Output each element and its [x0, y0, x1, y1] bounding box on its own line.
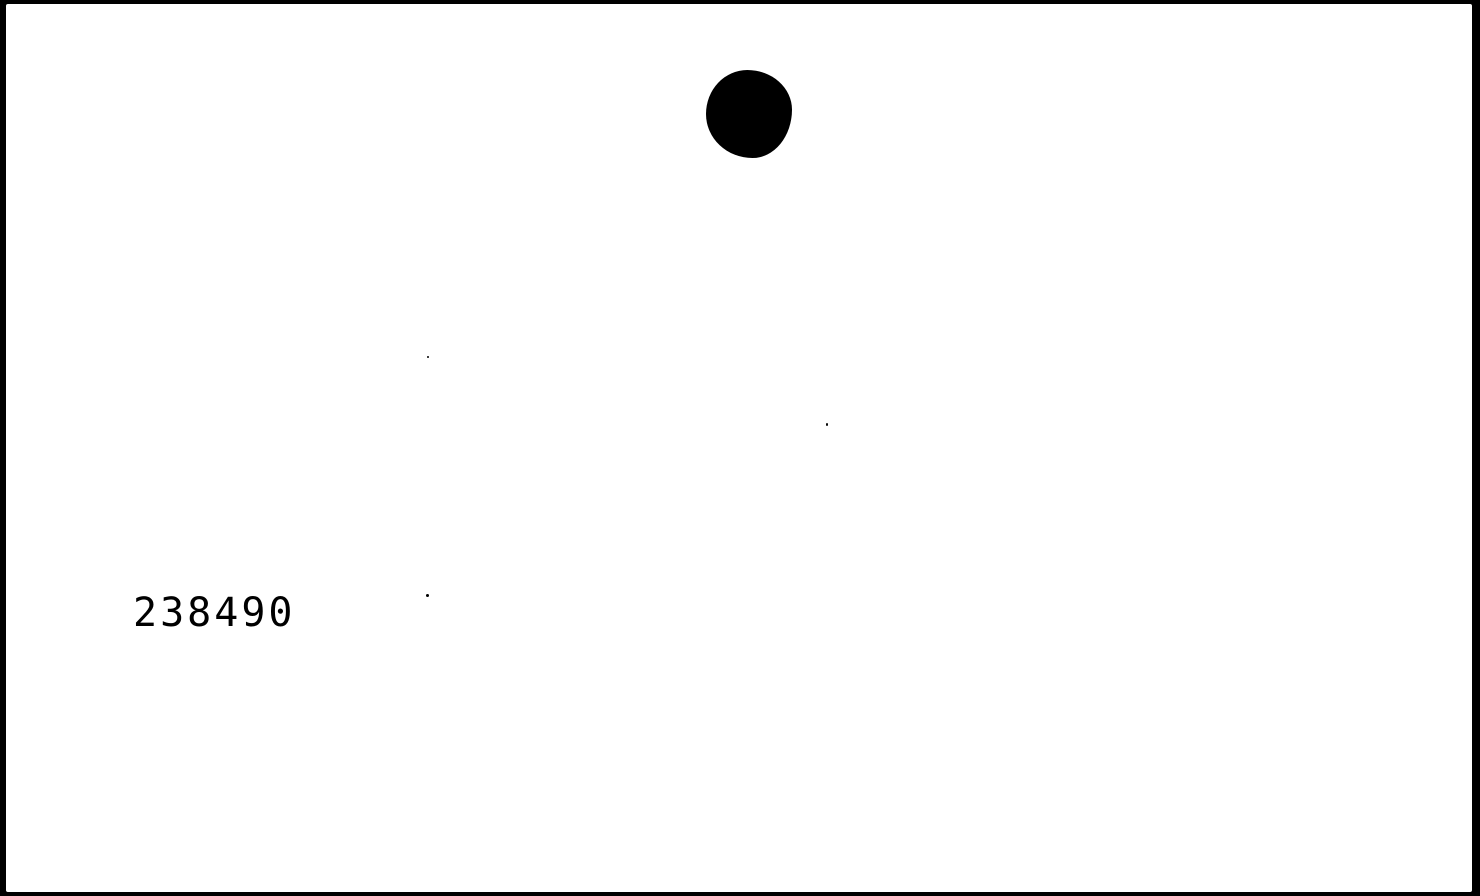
catalog-number: 238490	[133, 590, 296, 636]
dust-speck	[426, 594, 429, 597]
dust-speck	[826, 423, 828, 426]
dust-speck	[427, 356, 429, 358]
index-card: 238490	[6, 4, 1472, 892]
punch-hole	[706, 70, 792, 158]
